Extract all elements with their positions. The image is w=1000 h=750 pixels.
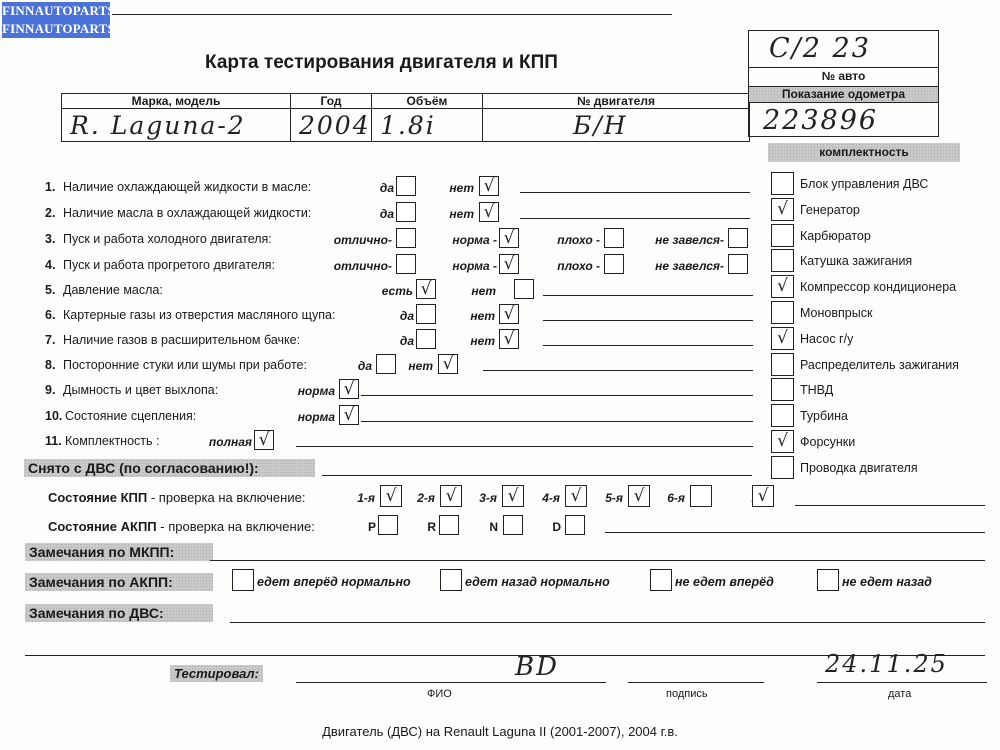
- check-mark-icon: √: [386, 486, 397, 506]
- completeness-item-label: Моновпрыск: [800, 305, 872, 321]
- check-mark-icon: √: [484, 202, 495, 222]
- check-number: 6.: [45, 307, 55, 323]
- check-number: 11.: [45, 433, 62, 449]
- gear-checkbox[interactable]: √: [440, 485, 462, 507]
- check-number: 5.: [45, 282, 55, 298]
- option-checkbox[interactable]: [728, 254, 748, 274]
- option-label: не завелся-: [655, 232, 724, 248]
- option-label: нет: [408, 358, 433, 374]
- option-checkbox[interactable]: √: [416, 279, 436, 299]
- option-checkbox[interactable]: √: [479, 176, 499, 196]
- tested-by-label: Тестировал:: [170, 665, 263, 682]
- check-label: Состояние сцепления:: [65, 408, 196, 424]
- completeness-checkbox[interactable]: [771, 456, 794, 479]
- akpp-mode-label: P: [368, 519, 376, 535]
- akpp-mode-label: N: [489, 519, 498, 535]
- odometer-field[interactable]: 223896: [748, 103, 939, 137]
- akpp-notes-line[interactable]: [605, 532, 985, 533]
- option-checkbox[interactable]: √: [254, 430, 274, 450]
- odometer-label: Показание одометра: [748, 87, 939, 103]
- check-label: Давление масла:: [63, 282, 163, 298]
- year-value[interactable]: 2004: [291, 109, 372, 142]
- option-checkbox[interactable]: √: [438, 354, 458, 374]
- gear-checkbox[interactable]: √: [380, 485, 402, 507]
- remarks-dvs-header: Замечания по ДВС:: [25, 604, 213, 622]
- completeness-item-label: Проводка двигателя: [800, 460, 918, 476]
- notes-line[interactable]: [520, 192, 750, 193]
- gear-checkbox[interactable]: √: [628, 485, 650, 507]
- check-mark-icon: √: [508, 486, 519, 506]
- akpp-label-bold: Состояние АКПП: [48, 519, 157, 534]
- option-label: норма: [298, 409, 335, 425]
- option-label: отлично-: [334, 232, 392, 248]
- name-label: ФИО: [427, 686, 452, 702]
- car-number-value: С/2 23: [769, 33, 871, 64]
- check-number: 1.: [45, 179, 55, 195]
- option-checkbox[interactable]: √: [339, 379, 359, 399]
- gear-label: 5-я: [605, 490, 623, 506]
- check-mark-icon: √: [634, 486, 645, 506]
- completeness-item-label: Турбина: [800, 408, 848, 424]
- option-checkbox[interactable]: [396, 228, 416, 248]
- akpp-mode-checkbox[interactable]: [439, 515, 459, 535]
- completeness-item-label: Блок управления ДВС: [800, 176, 928, 192]
- completeness-checkbox[interactable]: [771, 353, 794, 376]
- akpp-label-rest: - проверка на включение:: [157, 519, 315, 534]
- check-mark-icon: √: [777, 431, 788, 451]
- remarks-dvs-line[interactable]: [230, 622, 985, 623]
- option-checkbox[interactable]: [396, 176, 416, 196]
- vehicle-info-table: Марка, модель Год Объём № двигателя R. L…: [61, 93, 750, 142]
- akpp-remark-label: едет назад нормально: [465, 574, 610, 590]
- gear-label: 6-я: [667, 490, 685, 506]
- option-checkbox[interactable]: √: [499, 329, 519, 349]
- completeness-header: комплектность: [768, 143, 960, 162]
- gear-label: 3-я: [479, 490, 497, 506]
- check-mark-icon: √: [443, 354, 454, 374]
- engine-number-value[interactable]: Б/Н: [483, 109, 750, 142]
- column-header: № двигателя: [483, 94, 750, 109]
- check-mark-icon: √: [259, 430, 270, 450]
- completeness-checkbox[interactable]: √: [771, 275, 794, 298]
- model-value[interactable]: R. Laguna-2: [62, 109, 291, 142]
- completeness-item-label: Распределитель зажигания: [800, 357, 959, 373]
- remarks-mkpp-header: Замечания по МКПП:: [25, 543, 213, 561]
- completeness-checkbox[interactable]: √: [771, 198, 794, 221]
- notes-line[interactable]: [361, 421, 753, 422]
- completeness-checkbox[interactable]: [771, 301, 794, 324]
- column-header: Марка, модель: [62, 94, 291, 109]
- akpp-mode-label: R: [427, 519, 436, 535]
- check-number: 2.: [45, 205, 55, 221]
- check-mark-icon: √: [344, 405, 355, 425]
- option-label: норма -: [452, 232, 497, 248]
- option-label: нет: [471, 283, 496, 299]
- notes-line[interactable]: [361, 395, 753, 396]
- date-line[interactable]: [817, 682, 987, 683]
- notes-line[interactable]: [543, 345, 753, 346]
- option-label: нет: [449, 206, 474, 222]
- option-checkbox[interactable]: [376, 354, 396, 374]
- option-label: плохо -: [557, 258, 600, 274]
- signature-label: подпись: [666, 686, 708, 702]
- option-checkbox[interactable]: [416, 304, 436, 324]
- kpp-label-rest: - проверка на включение:: [147, 490, 305, 505]
- car-number-label: № авто: [748, 67, 939, 87]
- option-label: да: [380, 206, 394, 222]
- gear-label: 4-я: [542, 490, 560, 506]
- akpp-remark-label: едет вперёд нормально: [257, 574, 411, 590]
- option-label: нет: [470, 333, 495, 349]
- akpp-mode-label: D: [552, 519, 561, 535]
- gear-checkbox[interactable]: [690, 485, 712, 507]
- option-label: плохо -: [557, 232, 600, 248]
- option-label: отлично-: [334, 258, 392, 274]
- option-checkbox[interactable]: √: [479, 202, 499, 222]
- option-checkbox[interactable]: [396, 254, 416, 274]
- option-checkbox[interactable]: √: [499, 254, 519, 274]
- akpp-mode-checkbox[interactable]: [378, 515, 398, 535]
- option-checkbox[interactable]: [604, 228, 624, 248]
- completeness-item-label: Насос г/у: [800, 331, 853, 347]
- check-number: 3.: [45, 231, 55, 247]
- check-mark-icon: √: [421, 279, 432, 299]
- removed-line[interactable]: [322, 475, 752, 476]
- completeness-checkbox[interactable]: √: [771, 430, 794, 453]
- date-value[interactable]: 24.11.25: [825, 650, 948, 678]
- option-label: да: [400, 308, 414, 324]
- check-mark-icon: √: [504, 254, 515, 274]
- check-label: Пуск и работа прогретого двигателя:: [63, 257, 275, 273]
- completeness-checkbox[interactable]: [771, 172, 794, 195]
- gear-checkbox[interactable]: √: [565, 485, 587, 507]
- date-label: дата: [888, 686, 911, 702]
- check-label: Наличие охлаждающей жидкости в масле:: [63, 179, 311, 195]
- notes-line[interactable]: [543, 320, 753, 321]
- completeness-checkbox[interactable]: [771, 378, 794, 401]
- option-label: есть: [382, 283, 413, 299]
- caption: Двигатель (ДВС) на Renault Laguna II (20…: [0, 724, 1000, 739]
- check-mark-icon: √: [504, 304, 515, 324]
- completeness-item-label: Компрессор кондиционера: [800, 279, 956, 295]
- option-label: нет: [470, 308, 495, 324]
- check-mark-icon: √: [484, 176, 495, 196]
- akpp-remark-checkbox[interactable]: [650, 569, 672, 591]
- column-header: Год: [291, 94, 372, 109]
- kpp-label: Состояние КПП - проверка на включение:: [48, 490, 305, 506]
- check-number: 7.: [45, 332, 55, 348]
- check-mark-icon: √: [777, 328, 788, 348]
- option-checkbox[interactable]: [514, 279, 534, 299]
- divider: [112, 14, 672, 15]
- akpp-remark-checkbox[interactable]: [440, 569, 462, 591]
- removed-section-header: Снято с ДВС (по согласованию!):: [24, 459, 315, 477]
- option-label: норма -: [452, 258, 497, 274]
- gear-checkbox[interactable]: √: [752, 485, 774, 507]
- check-mark-icon: √: [504, 329, 515, 349]
- completeness-item-label: Форсунки: [800, 434, 855, 450]
- notes-line[interactable]: [483, 370, 753, 371]
- completeness-item-label: Карбюратор: [800, 228, 871, 244]
- check-mark-icon: √: [758, 486, 769, 506]
- column-header: Объём: [372, 94, 483, 109]
- check-label: Наличие газов в расширительном бачке:: [63, 332, 300, 348]
- completeness-item-label: ТНВД: [800, 382, 833, 398]
- option-label: не завелся-: [655, 258, 724, 274]
- completeness-item-label: Генератор: [800, 202, 860, 218]
- tester-name-value[interactable]: BD: [515, 652, 559, 682]
- gear-label: 1-я: [357, 490, 375, 506]
- check-number: 10.: [45, 408, 62, 424]
- check-mark-icon: √: [504, 228, 515, 248]
- option-checkbox[interactable]: [728, 228, 748, 248]
- akpp-mode-checkbox[interactable]: [503, 515, 523, 535]
- check-mark-icon: √: [777, 199, 788, 219]
- gear-checkbox[interactable]: √: [502, 485, 524, 507]
- completeness-checkbox[interactable]: [771, 404, 794, 427]
- car-number-field[interactable]: С/2 23: [748, 30, 939, 68]
- option-checkbox[interactable]: [416, 329, 436, 349]
- volume-value[interactable]: 1.8i: [372, 109, 483, 142]
- option-label: да: [400, 333, 414, 349]
- option-label: норма: [298, 383, 335, 399]
- check-mark-icon: √: [446, 486, 457, 506]
- akpp-remark-checkbox[interactable]: [817, 569, 839, 591]
- watermark-logo: FINNAUTOPARTS: [2, 20, 110, 38]
- watermark-logo: FINNAUTOPARTS: [2, 2, 110, 20]
- check-label: Комплектность :: [65, 433, 159, 449]
- check-label: Наличие масла в охлаждающей жидкости:: [63, 205, 311, 221]
- kpp-notes-line[interactable]: [795, 505, 985, 506]
- completeness-item-label: Катушка зажигания: [800, 253, 912, 269]
- option-checkbox[interactable]: √: [499, 304, 519, 324]
- check-label: Пуск и работа холодного двигателя:: [63, 231, 272, 247]
- akpp-label: Состояние АКПП - проверка на включение:: [48, 519, 315, 535]
- check-mark-icon: √: [344, 379, 355, 399]
- option-checkbox[interactable]: [604, 254, 624, 274]
- option-label: да: [380, 180, 394, 196]
- gear-label: 2-я: [417, 490, 435, 506]
- option-checkbox[interactable]: √: [339, 405, 359, 425]
- remarks-akpp-header: Замечания по АКПП:: [25, 573, 213, 591]
- option-checkbox[interactable]: [396, 202, 416, 222]
- check-label: Дымность и цвет выхлопа:: [63, 382, 218, 398]
- check-mark-icon: √: [571, 486, 582, 506]
- akpp-mode-checkbox[interactable]: [565, 515, 585, 535]
- notes-line[interactable]: [296, 446, 753, 447]
- page-title: Карта тестирования двигателя и КПП: [205, 52, 558, 74]
- akpp-remark-label: не едет вперёд: [675, 574, 774, 590]
- notes-line[interactable]: [543, 295, 753, 296]
- signature-line[interactable]: [628, 682, 764, 683]
- notes-line[interactable]: [520, 218, 750, 219]
- check-label: Картерные газы из отверстия масляного щу…: [63, 307, 335, 323]
- option-label: нет: [449, 180, 474, 196]
- name-line[interactable]: [296, 682, 606, 683]
- akpp-remark-label: не едет назад: [842, 574, 932, 590]
- check-number: 9.: [45, 382, 55, 398]
- check-mark-icon: √: [777, 276, 788, 296]
- option-label: да: [358, 358, 372, 374]
- completeness-checkbox[interactable]: [771, 249, 794, 272]
- kpp-label-bold: Состояние КПП: [48, 490, 147, 505]
- option-label: полная: [209, 434, 252, 450]
- completeness-checkbox[interactable]: √: [771, 327, 794, 350]
- check-number: 8.: [45, 357, 55, 373]
- akpp-remark-checkbox[interactable]: [232, 569, 254, 591]
- check-number: 4.: [45, 257, 55, 273]
- completeness-checkbox[interactable]: [771, 224, 794, 247]
- check-label: Посторонние стуки или шумы при работе:: [63, 357, 307, 373]
- option-checkbox[interactable]: √: [499, 228, 519, 248]
- remarks-mkpp-line[interactable]: [210, 560, 985, 561]
- odometer-value: 223896: [763, 105, 878, 136]
